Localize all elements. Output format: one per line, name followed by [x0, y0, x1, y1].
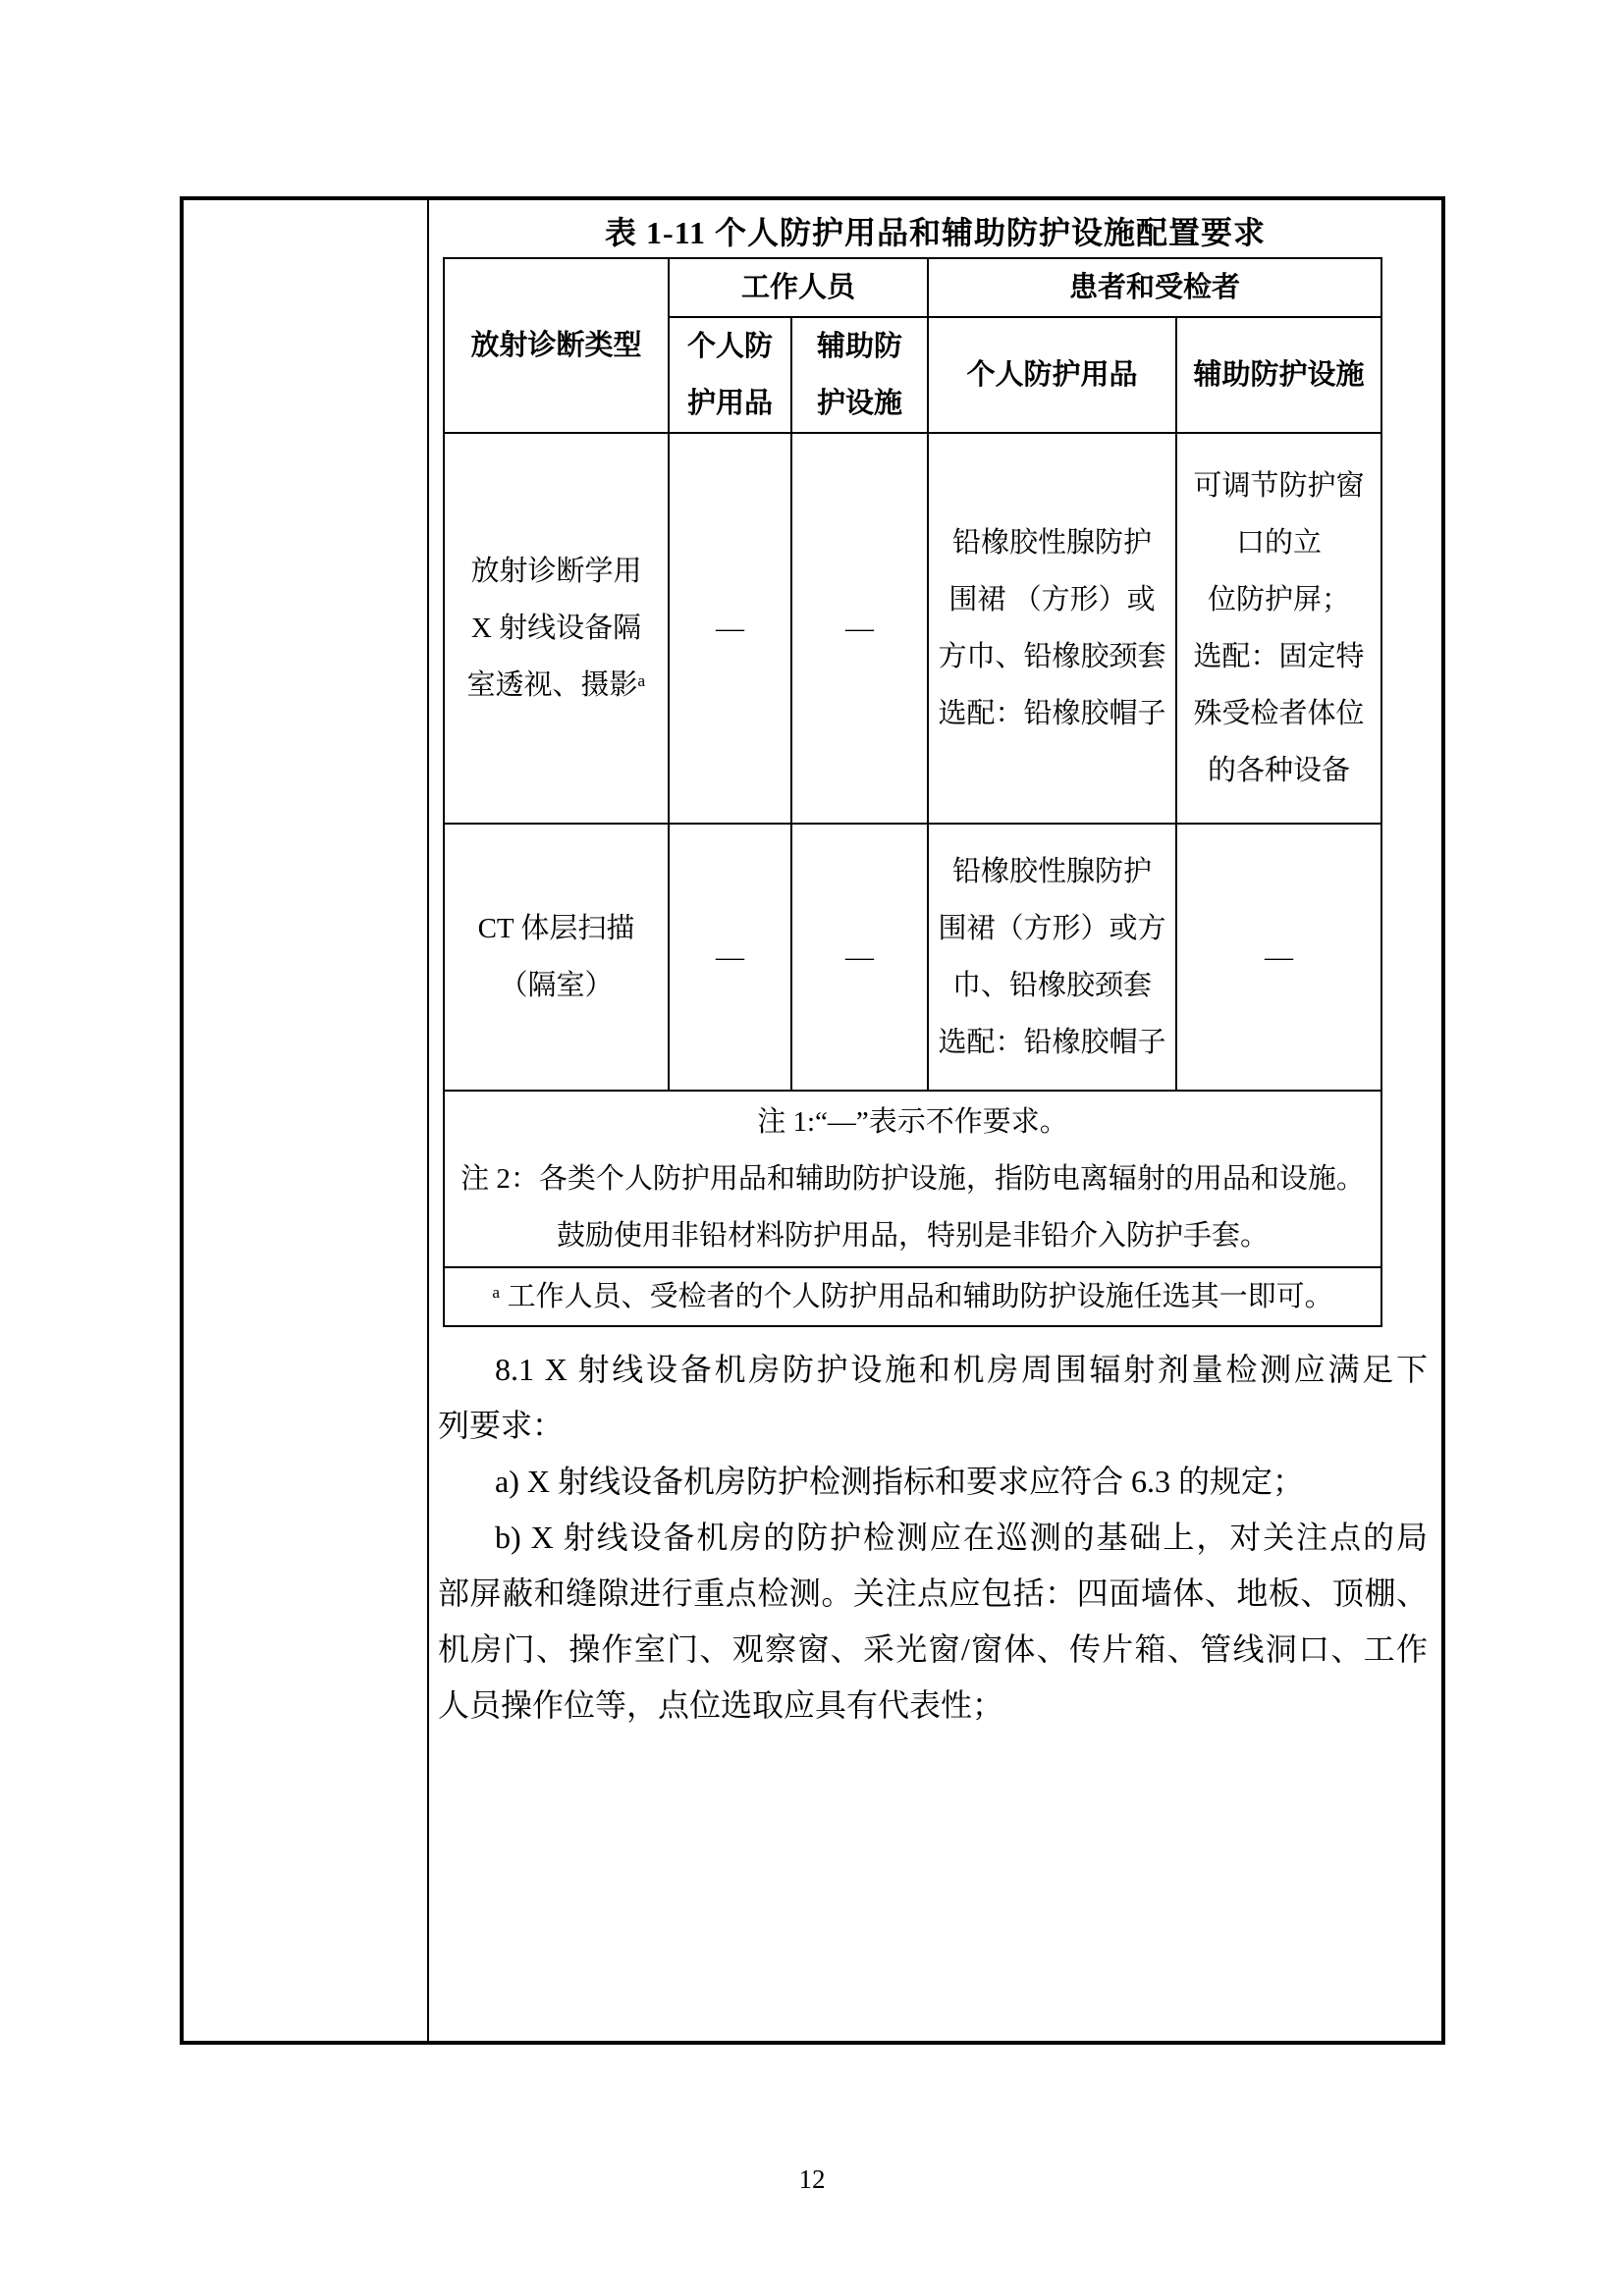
header-patient-personal: 个人防护用品 — [928, 317, 1176, 433]
cell-staff-personal: — — [669, 824, 791, 1091]
cell-patient-personal: 铅橡胶性腺防护 围裙（方形）或方 巾、铅橡胶颈套 选配：铅橡胶帽子 — [928, 824, 1176, 1091]
paragraph-line: b) X 射线设备机房的防护检测应在巡测的基础上，对关注点的局 — [438, 1510, 1428, 1566]
header-staff-auxiliary: 辅助防 护设施 — [791, 317, 928, 433]
cell-staff-auxiliary: — — [791, 824, 928, 1091]
table-row-radiography: 放射诊断学用 X 射线设备隔 室透视、摄影ᵃ — — 铅橡胶性腺防护 围裙 （方… — [444, 433, 1381, 824]
document-frame: 表 1-11 个人防护用品和辅助防护设施配置要求 放射诊断类型 工作人员 患者和… — [180, 196, 1445, 2045]
paragraph-line: 8.1 X 射线设备机房防护设施和机房周围辐射剂量检测应满足下 — [438, 1342, 1428, 1398]
protection-requirements-table: 放射诊断类型 工作人员 患者和受检者 个人防 护用品 辅助防 护设施 个人防护用… — [443, 257, 1382, 1327]
cell-patient-personal: 铅橡胶性腺防护 围裙 （方形）或 方巾、铅橡胶颈套 选配：铅橡胶帽子 — [928, 433, 1176, 824]
header-staff-group: 工作人员 — [669, 258, 928, 317]
header-staff-personal: 个人防 护用品 — [669, 317, 791, 433]
content-column: 表 1-11 个人防护用品和辅助防护设施配置要求 放射诊断类型 工作人员 患者和… — [429, 200, 1441, 2041]
cell-patient-auxiliary: 可调节防护窗 口的立 位防护屏； 选配：固定特 殊受检者体位 的各种设备 — [1176, 433, 1381, 824]
page-number: 12 — [0, 2164, 1624, 2195]
header-diagnosis-type: 放射诊断类型 — [444, 258, 669, 433]
cell-diagnosis-type: 放射诊断学用 X 射线设备隔 室透视、摄影ᵃ — [444, 433, 669, 824]
document-page: 表 1-11 个人防护用品和辅助防护设施配置要求 放射诊断类型 工作人员 患者和… — [0, 0, 1624, 2296]
paragraph-line: a) X 射线设备机房防护检测指标和要求应符合 6.3 的规定； — [438, 1454, 1428, 1510]
cell-staff-auxiliary: — — [791, 433, 928, 824]
table-footnote-row: ᵃ 工作人员、受检者的个人防护用品和辅助防护设施任选其一即可。 — [444, 1267, 1381, 1326]
header-row-groups: 放射诊断类型 工作人员 患者和受检者 — [444, 258, 1381, 317]
header-patient-group: 患者和受检者 — [928, 258, 1381, 317]
section-8-1-paragraph: 8.1 X 射线设备机房防护设施和机房周围辐射剂量检测应满足下 列要求： a) … — [438, 1342, 1428, 1734]
cell-patient-auxiliary: — — [1176, 824, 1381, 1091]
table-row-ct-scan: CT 体层扫描 （隔室） — — 铅橡胶性腺防护 围裙（方形）或方 巾、铅橡胶颈… — [444, 824, 1381, 1091]
table-notes: 注 1:“—”表示不作要求。 注 2：各类个人防护用品和辅助防护设施，指防电离辐… — [444, 1091, 1381, 1267]
cell-diagnosis-type: CT 体层扫描 （隔室） — [444, 824, 669, 1091]
paragraph-line: 列要求： — [438, 1398, 1428, 1454]
paragraph-line: 机房门、操作室门、观察窗、采光窗/窗体、传片箱、管线洞口、工作 — [438, 1622, 1428, 1678]
paragraph-line: 部屏蔽和缝隙进行重点检测。关注点应包括：四面墙体、地板、顶棚、 — [438, 1566, 1428, 1622]
table-footnote: ᵃ 工作人员、受检者的个人防护用品和辅助防护设施任选其一即可。 — [444, 1267, 1381, 1326]
header-patient-auxiliary: 辅助防护设施 — [1176, 317, 1381, 433]
left-margin-column — [184, 200, 429, 2041]
cell-staff-personal: — — [669, 433, 791, 824]
table-title: 表 1-11 个人防护用品和辅助防护设施配置要求 — [429, 210, 1441, 255]
table-notes-row: 注 1:“—”表示不作要求。 注 2：各类个人防护用品和辅助防护设施，指防电离辐… — [444, 1091, 1381, 1267]
paragraph-line: 人员操作位等，点位选取应具有代表性； — [438, 1678, 1428, 1734]
